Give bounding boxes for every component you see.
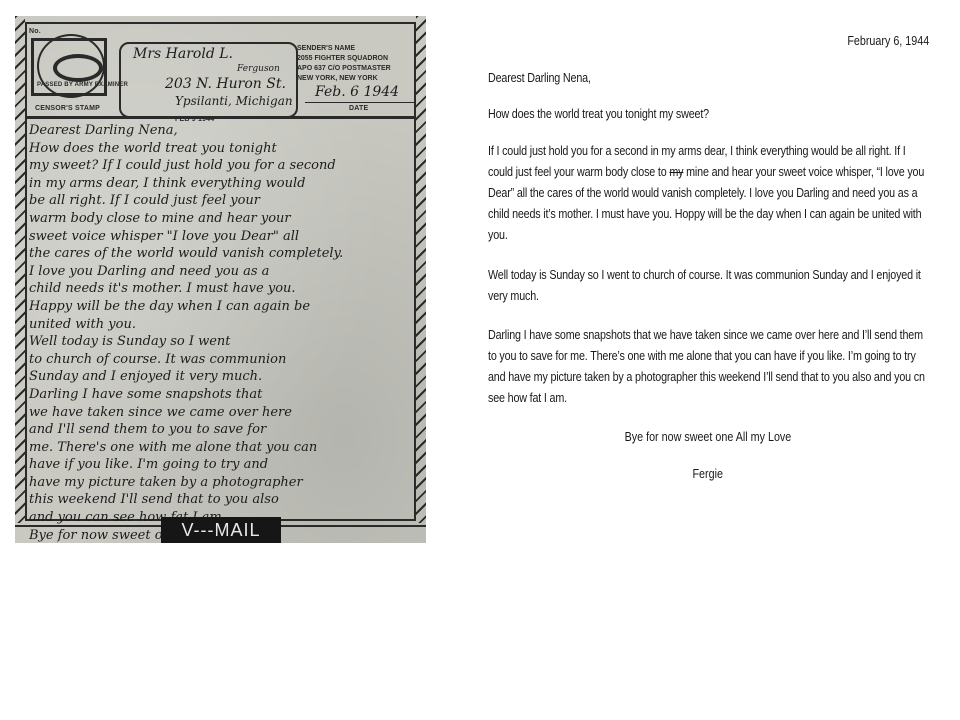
addressee-line-1: Mrs Harold L.	[133, 46, 233, 62]
censor-stamp-label: CENSOR'S STAMP	[35, 105, 100, 112]
stamp-number-label: No.	[29, 28, 41, 35]
vmail-label: V---MAIL	[161, 517, 281, 543]
closing-text: Bye for now sweet one All my Love	[625, 430, 792, 444]
addressee-line-2: Ferguson	[237, 64, 280, 74]
salutation: Dearest Darling Nena,	[488, 68, 929, 89]
handwriting-line: be all right. If I could just feel your	[29, 192, 412, 210]
addressee-line-4: Ypsilanti, Michigan	[175, 94, 293, 108]
handwriting-line: Well today is Sunday so I went	[29, 333, 412, 351]
handwriting-line: the cares of the world would vanish comp…	[29, 245, 412, 263]
struck-word: my	[669, 165, 683, 179]
handwritten-body: Dearest Darling Nena, How does the world…	[29, 122, 412, 543]
stamp-text: PASSED BY ARMY EXAMINER	[37, 82, 128, 88]
handwriting-line: How does the world treat you tonight	[29, 140, 412, 158]
signature: Fergie	[488, 467, 928, 481]
frame-line	[25, 22, 416, 24]
handwriting-line: Dearest Darling Nena,	[29, 122, 412, 140]
addressee-line-3: 203 N. Huron St.	[165, 76, 286, 92]
handwriting-line: have if you like. I'm going to try and	[29, 456, 412, 474]
date-underline	[305, 102, 415, 103]
vmail-letter-scan: No. PASSED BY ARMY EXAMINER CENSOR'S STA…	[15, 16, 426, 543]
signature-text: Fergie	[693, 467, 723, 481]
paragraph-1: How does the world treat you tonight my …	[488, 104, 929, 125]
handwriting-line: to church of course. It was communion	[29, 351, 412, 369]
handwriting-line: sweet voice whisper "I love you Dear" al…	[29, 228, 412, 246]
handwriting-line: Happy will be the day when I can again b…	[29, 298, 412, 316]
letter-date: February 6, 1944	[847, 34, 929, 48]
handwriting-line: Sunday and I enjoyed it very much.	[29, 368, 412, 386]
handwriting-line: this weekend I'll send that to you also	[29, 491, 412, 509]
paragraph-2: If I could just hold you for a second in…	[488, 141, 929, 246]
paragraph-3: Well today is Sunday so I went to church…	[488, 265, 929, 307]
date-label: DATE	[349, 105, 368, 112]
handwriting-line: we have taken since we came over here	[29, 404, 412, 422]
frame-line	[414, 22, 416, 521]
paragraph-4: Darling I have some snapshots that we ha…	[488, 325, 929, 409]
handwriting-line: have my picture taken by a photographer	[29, 474, 412, 492]
handwriting-line: my sweet? If I could just hold you for a…	[29, 157, 412, 175]
handwriting-line: in my arms dear, I think everything woul…	[29, 175, 412, 193]
handwriting-line: warm body close to mine and hear your	[29, 210, 412, 228]
censor-stamp-oval	[53, 54, 103, 82]
handwriting-line: Darling I have some snapshots that	[29, 386, 412, 404]
sender-line: APO 637 c/o POSTMASTER	[297, 64, 417, 74]
handwritten-date: Feb. 6 1944	[315, 84, 399, 100]
sender-line: 2055 FIGHTER SQUADRON	[297, 54, 417, 64]
handwriting-line: I love you Darling and need you as a	[29, 263, 412, 281]
border-hatching-left	[15, 16, 25, 523]
border-hatching-right	[416, 16, 426, 523]
sender-block: SENDER'S NAME 2055 FIGHTER SQUADRON APO …	[297, 44, 417, 84]
closing: Bye for now sweet one All my Love	[488, 430, 928, 444]
handwriting-line: me. There's one with me alone that you c…	[29, 439, 412, 457]
handwriting-line: and I'll send them to you to save for	[29, 421, 412, 439]
sender-line: NEW YORK, NEW YORK	[297, 74, 417, 84]
handwriting-line: united with you.	[29, 316, 412, 334]
handwriting-line: child needs it's mother. I must have you…	[29, 280, 412, 298]
frame-line	[25, 22, 27, 521]
sender-line: SENDER'S NAME	[297, 44, 417, 54]
